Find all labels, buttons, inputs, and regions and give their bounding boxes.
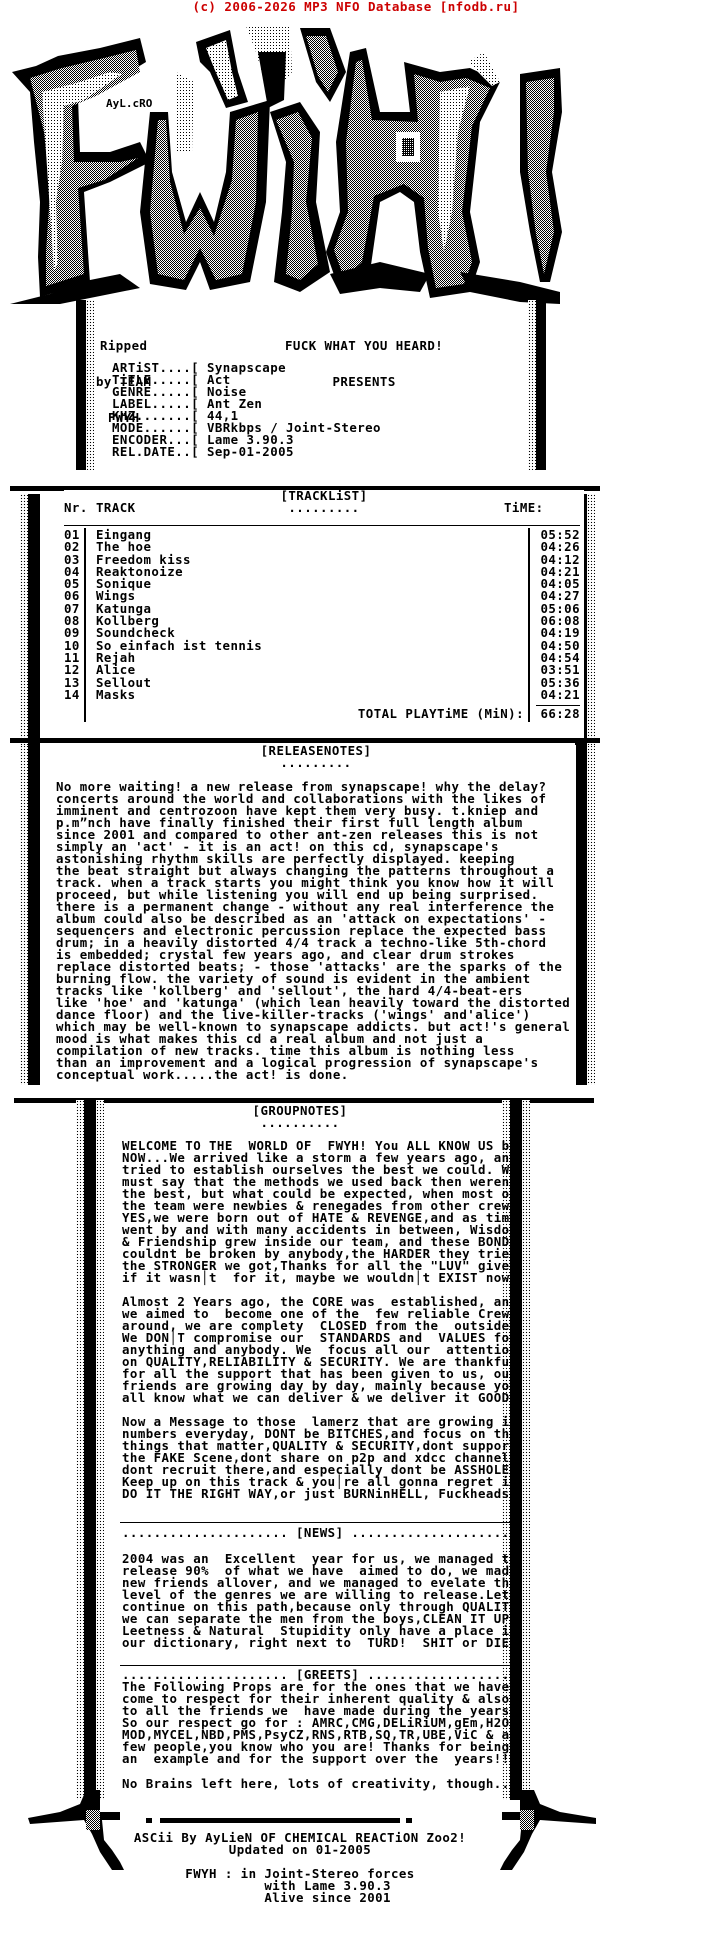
greets-line: an example and for the support over the … xyxy=(122,1753,510,1765)
track-row: 05Sonique04:05 xyxy=(64,578,580,590)
groupnotes-line: if it wasn│t for it, maybe we wouldn│t E… xyxy=(122,1272,518,1284)
track-number: 14 xyxy=(64,689,80,701)
track-row: 10So einfach ist tennis04:50 xyxy=(64,640,580,652)
fwyh-ascii-logo: AyL.cRO xyxy=(0,12,620,312)
col-nr-header: Nr. xyxy=(64,502,88,514)
groupnotes-line: all know what we can deliver & we delive… xyxy=(122,1392,518,1404)
groupnotes-line: DO IT THE RIGHT WAY,or just BURNinHELL, … xyxy=(122,1488,518,1500)
info-label: REL.DATE..[ xyxy=(112,444,199,459)
news-text: 2004 was an Excellent year for us, we ma… xyxy=(122,1553,518,1649)
news-title: ..................... [NEWS] ...........… xyxy=(122,1527,510,1539)
groupnotes-paragraph: Almost 2 Years ago, the CORE was establi… xyxy=(122,1296,518,1404)
news-line: our dictionary, right next to TURD! SHIT… xyxy=(122,1637,518,1649)
col-time-header: TiME: xyxy=(504,502,544,514)
release-info: ARTiST....[ SynapscapeTiTLE.....[ ActGEN… xyxy=(112,362,381,458)
track-row: 11Rejah04:54 xyxy=(64,652,580,664)
releasenotes-dots: ......... xyxy=(56,757,576,769)
track-title: Masks xyxy=(96,689,136,701)
svg-text:AyL.cRO: AyL.cRO xyxy=(106,97,153,110)
groupnotes-paragraph: Now a Message to those lamerz that are g… xyxy=(122,1416,518,1500)
track-time: 04:21 xyxy=(540,689,580,701)
tracklist-section: [TRACKLiST] ......... Nr. TRACK TiME: 01… xyxy=(64,490,584,740)
greets-closing: No Brains left here, lots of creativity,… xyxy=(122,1778,510,1790)
track-row: 14Masks04:21 xyxy=(64,689,580,701)
groupnotes-paragraph: WELCOME TO THE WORLD OF FWYH! You ALL KN… xyxy=(122,1140,518,1284)
track-list: 01Eingang05:5202The hoe04:2603Freedom ki… xyxy=(64,529,580,701)
footer-line: Alive since 2001 xyxy=(0,1892,600,1904)
footer-line: Updated on 01-2005 xyxy=(0,1844,600,1856)
info-row: REL.DATE..[ Sep-01-2005 xyxy=(112,446,381,458)
total-playtime-value: 66:28 xyxy=(540,708,580,720)
groupnotes-dots: .......... xyxy=(0,1117,600,1129)
ripped-line-1: Ripped xyxy=(96,340,151,352)
total-playtime-label: TOTAL PLAYTiME (MiN): xyxy=(358,708,524,720)
releasenotes-section: [RELEASENOTES] ......... No more waiting… xyxy=(56,745,576,1085)
releasenotes-text: No more waiting! a new release from syna… xyxy=(56,781,570,1081)
releasenotes-line: conceptual work.....the act! is done. xyxy=(56,1069,570,1081)
footer-credits: ASCii By AyLieN OF CHEMICAL REACTiON Zoo… xyxy=(0,1832,600,1904)
groupnotes-text: WELCOME TO THE WORLD OF FWYH! You ALL KN… xyxy=(122,1140,518,1512)
col-track-header: TRACK xyxy=(96,502,136,514)
presents-line-1: FUCK WHAT YOU HEARD! xyxy=(285,340,443,352)
info-value: Sep-01-2005 xyxy=(207,444,294,459)
greets-text: The Following Props are for the ones tha… xyxy=(122,1681,510,1765)
track-row: 13Sellout05:36 xyxy=(64,677,580,689)
